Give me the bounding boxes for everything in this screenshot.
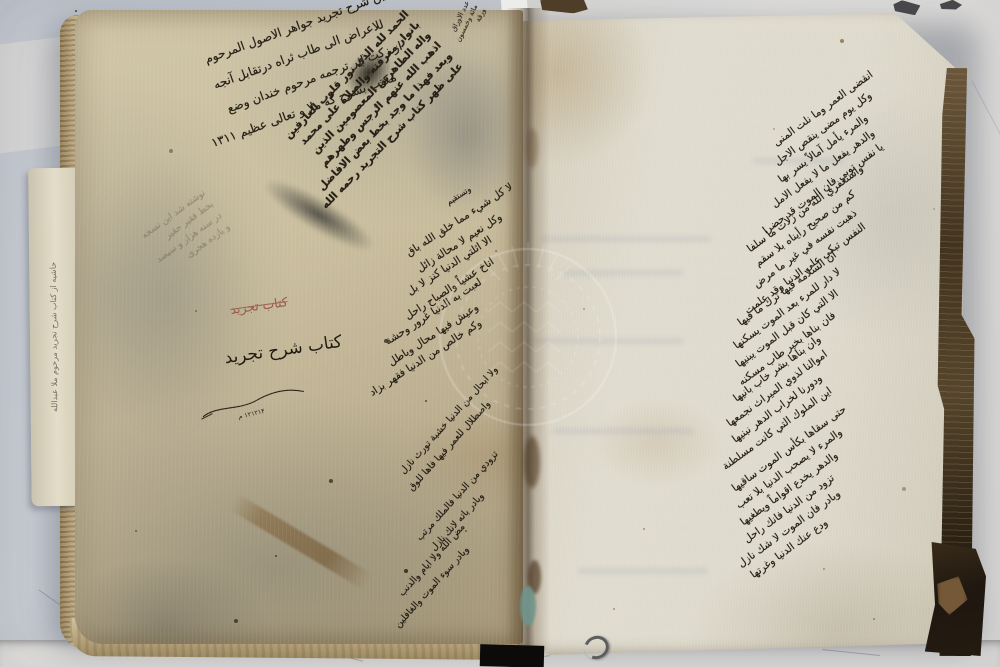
handwritten-line: ان السلامة فيها ترك ما فيها [705, 227, 875, 358]
signature-flourish: ۱۲۱۲۱۴ م [189, 383, 311, 431]
handwritten-line: واستغفري الله من زلات ما سلفا [723, 147, 893, 278]
handwritten-line: يا نفس توبي فان الموت قد حضرا [741, 127, 911, 258]
handwritten-line: بانوار معرفته والصلاة على محمد [264, 19, 424, 184]
handwritten-line: النفس تبكي على الدنيا وقد علمت [723, 207, 893, 338]
gutter-brown-stain [526, 128, 538, 168]
handwritten-line: الا التي كان قبل الموت يبنيها [705, 267, 875, 398]
handwritten-line: وكل يوم مضى ينقص الاجل [741, 67, 911, 198]
owner-note-block: این شرح تجرید جواهر الاصول المرحومللاعرا… [74, 0, 421, 201]
handwritten-line: اين الملوك التي كانت مسلطنة [695, 367, 865, 498]
handwritten-line: والدهر يخدع اقواماً ويطغيها [707, 427, 877, 558]
handwritten-line: نوشته شد این نسخه [138, 188, 210, 246]
red-struck-title: كتاب تجريد [229, 294, 288, 317]
handwritten-line: لعبت به الدنيا غرور وحشة [348, 254, 524, 379]
lower-verse-block-1: ولا ابحال من الدنيا خشبة تورث نازلواصطلا… [385, 412, 525, 464]
handwritten-line: للاعراض الی طاب ثراه درتقابل آنجه [84, 17, 390, 150]
handwritten-line: فان بناها بخير طاب مسكنه [705, 287, 875, 418]
right-page-verse-column: انقضى العمر وما نلت المنىوكل يوم مضى ينق… [698, 102, 893, 562]
handwritten-line: اموالنا لذوي الميراث نجمعها [695, 327, 865, 458]
faint-pencil-note: نوشته شد این نسخهبخط فقیر حقیردر سنه هزا… [138, 188, 234, 279]
ink-specks [75, 10, 77, 12]
show-through-ghost-line [533, 338, 683, 344]
handwritten-line: ودع عنك الدنيا وغرتها [707, 487, 877, 618]
handwritten-line: وبادر سوء الموت والغافلين [378, 528, 498, 658]
grey-wash-stain [80, 160, 255, 430]
show-through-ghost-line [541, 236, 711, 242]
gutter-brown-stain [524, 436, 540, 488]
handwritten-line: واصطلال للعمر فيها فاها للوق [398, 390, 511, 511]
handwritten-line: این شرح تجرید جواهر الاصول المرحوم [74, 0, 393, 125]
handwritten-line: عدد الاوراق [446, 0, 472, 40]
show-through-ghost-line [563, 270, 683, 276]
lower-verse-block-3: مض الله ولا ايام والدنبوبادر سوء الموت و… [363, 552, 513, 606]
slip-vertical-text: حاشیه از کتاب شرح تجرید مرحوم ملا عبدالل… [48, 187, 60, 487]
handwritten-line: وبادر فان الموت لا شك نازل [707, 467, 877, 598]
handwritten-line: مض الله ولا ايام والدنب [378, 501, 498, 631]
book-title: كتاب شرح تجريد [223, 332, 343, 368]
spine-gutter [506, 8, 550, 650]
handwritten-line: وبادر باته لانك نازل [406, 466, 519, 587]
brown-streak-stain [229, 494, 374, 591]
handwritten-line: وكم خالص من الدنيا فقهر بزاد [340, 300, 516, 425]
handwritten-line: تزودي من الدنيا فالملك مرتب [406, 440, 519, 561]
handwritten-line: والمرء يأمل آمالاً يسر بها [741, 87, 911, 218]
handwritten-line: على ظهر كتاب شرح التجريد رحمه الله [307, 61, 467, 226]
handwritten-line: وبعد فهذا ما وجد بخط بعض الافاضل [297, 50, 457, 215]
protruding-page-slip: حاشیه از کتاب شرح تجرید مرحوم ملا عبدالل… [28, 168, 80, 506]
handwritten-line: مائة وخمسون [454, 3, 480, 43]
handwritten-line: والدهر يفعل ما لا يفعل الامل [741, 107, 911, 238]
show-through-ghost-line [578, 568, 708, 574]
handwritten-line: انقضى العمر وما نلت المنى [741, 47, 911, 178]
flourish-swash [197, 383, 309, 422]
handwritten-line: تزود من الدنيا فانك راحل [707, 447, 877, 578]
gutter-top-note: عدد الاوراقمائة وخمسونورقة [446, 0, 488, 48]
handwritten-line: وان بناها بشر خاب بانيها [695, 307, 865, 438]
show-through-ghost-line [753, 158, 843, 164]
ink-blob-stain [337, 41, 400, 105]
handwritten-line: لا دار للمرء بعد الموت يسكنها [705, 247, 875, 378]
handwritten-line: حتى سقاها بكأس الموت ساقيها [707, 387, 877, 518]
handwritten-line: بخط فقیر حقیر [146, 200, 218, 258]
black-clamp [480, 644, 545, 667]
dense-annotation-block: الحمد لله الذي نور قلوب العارفينبانوار م… [253, 8, 467, 225]
handwritten-line: از زکت اثر ترجمه مرحوم خندان وضع [93, 39, 409, 176]
handwritten-line: ذهبت نفسه في غير ما مرض [723, 187, 893, 318]
handwritten-line: در سنه هزار و سیصد [155, 211, 227, 269]
handwritten-line: والمرء لا يصحب الدنيا بلا تعب [707, 407, 877, 538]
handwritten-line: كم من صحيح رأيناه بلا سقم [723, 167, 893, 298]
gutter-teal-spot [520, 586, 536, 626]
handwritten-line: ولا ابحال من الدنيا خشبة تورث نازل [398, 364, 511, 485]
left-page: این شرح تجرید جواهر الاصول المرحومللاعرا… [75, 10, 523, 644]
signature-digits: ۱۲۱۲۱۴ م [237, 407, 265, 421]
handwritten-line: اذهب الله عنهم الرجس وطهرهم [286, 40, 446, 205]
charcoal-streak-stain [259, 171, 379, 260]
handwritten-line: وعيش فيها محال وباطل [348, 277, 524, 402]
handwritten-line: و یازده هجری [163, 222, 235, 280]
handwritten-line: ودورنا لخراب الدهر نبنيها [695, 347, 865, 478]
show-through-ghost-line [553, 428, 693, 434]
handwritten-line: مكتب بشرح كه ملا و تعالى عظیم ۱۳۱۱ [102, 70, 403, 201]
handwritten-line: ورقة [462, 7, 488, 47]
manuscript-photo-scene: حاشیه از کتاب شرح تجرید مرحوم ملا عبدالل… [0, 0, 1000, 667]
right-page: انقضى العمر وما نلت المنىوكل يوم مضى ينق… [523, 8, 971, 656]
handwritten-line: واله الطاهرين المعصومين الذين [275, 29, 435, 194]
handwritten-line: الحمد لله الذي نور قلوب العارفين [253, 8, 413, 173]
